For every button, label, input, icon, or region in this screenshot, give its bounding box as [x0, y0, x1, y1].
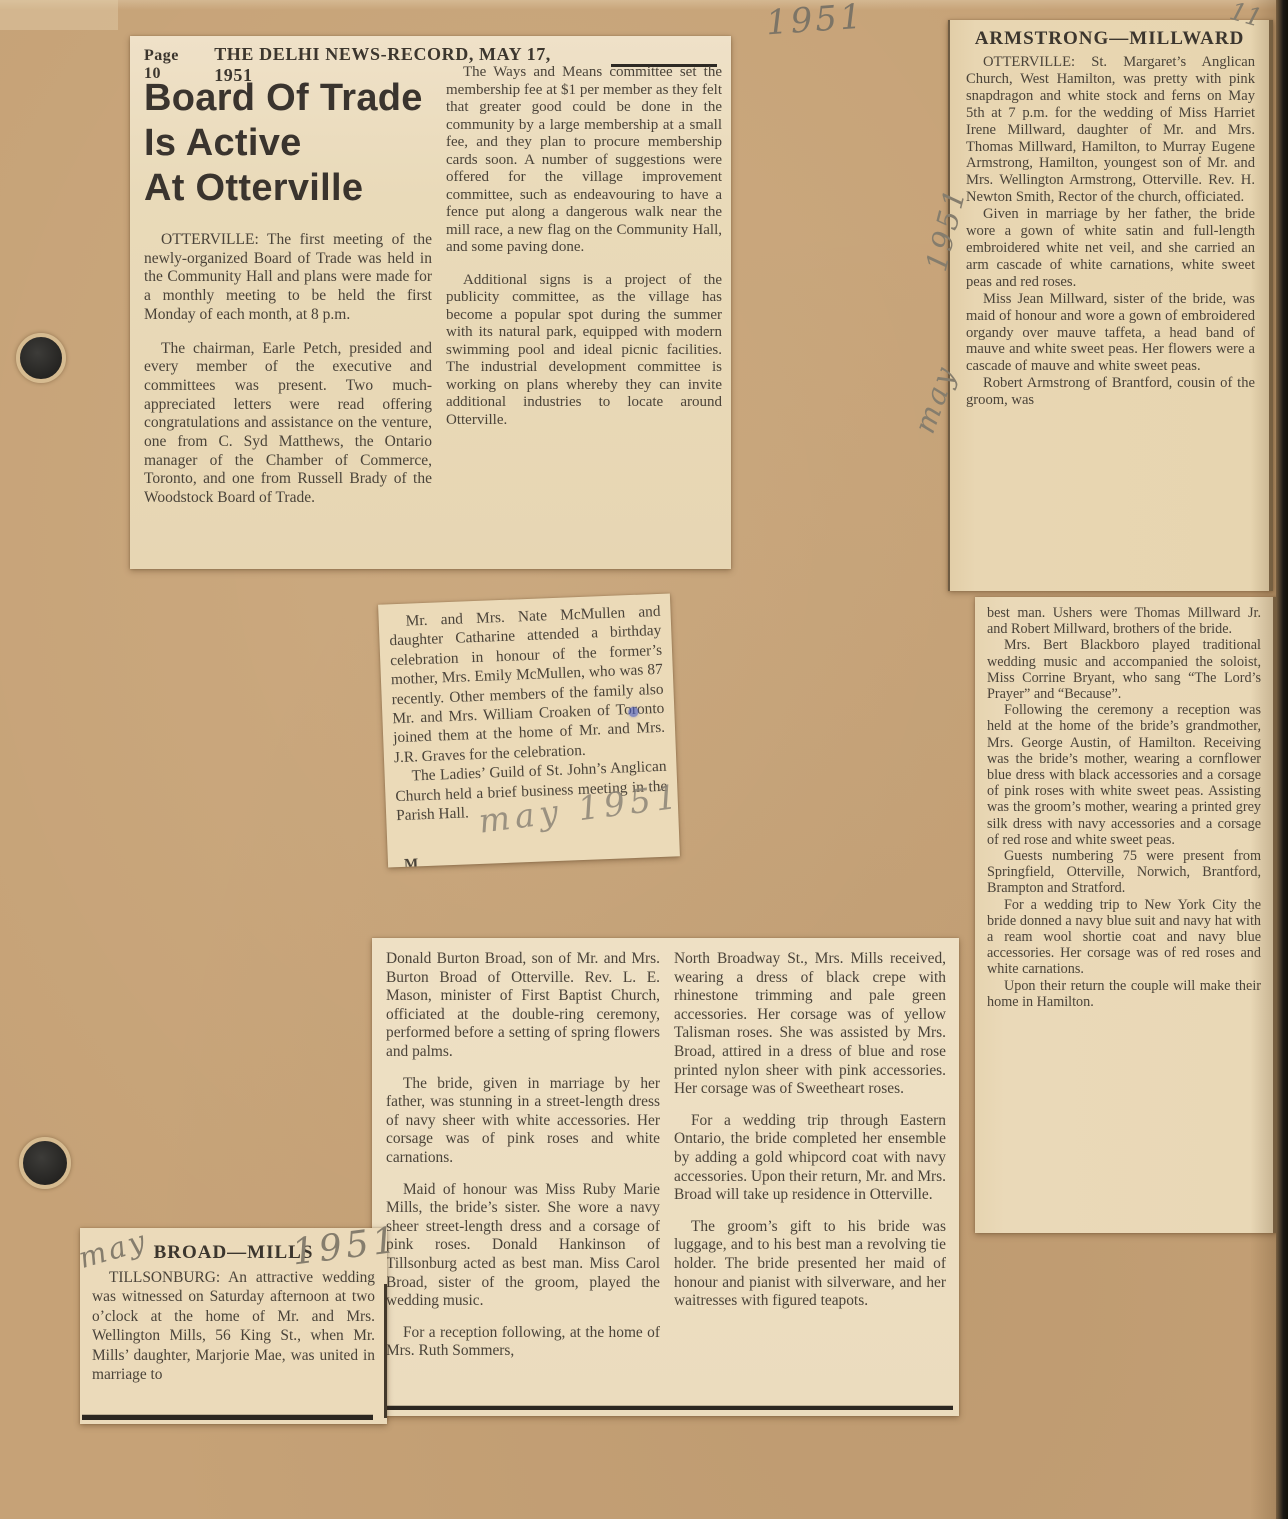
clipping-torn-edge [384, 1284, 387, 1418]
hole-punch-bottom [19, 1137, 71, 1189]
headline-line: At Otterville [144, 167, 363, 209]
paragraph: Miss Jean Millward, sister of the bride,… [966, 291, 1255, 376]
paragraph: For a wedding trip through Eastern Ontar… [674, 1112, 946, 1205]
paragraph: Additional signs is a project of the pub… [446, 272, 722, 430]
headline-line: Is Active [144, 122, 302, 164]
paragraph: The Ways and Means committee set the mem… [446, 64, 722, 257]
article-column-left: Board Of Trade Is Active At Otterville O… [144, 76, 432, 523]
paragraph: TILLSONBURG: An attractive wedding was w… [92, 1268, 375, 1384]
cut-off-text-fragment: M [404, 856, 419, 867]
article-column-left: Donald Burton Broad, son of Mr. and Mrs.… [386, 950, 660, 1374]
headline-line: Board Of Trade [144, 77, 423, 119]
article-headline: ARMSTRONG—MILLWARD [950, 28, 1269, 50]
scrapbook-page: 1951 11 1951 may may 1951 Page 10 THE DE… [0, 0, 1288, 1519]
hole-punch-top [16, 333, 66, 383]
paragraph: The bride, given in marriage by her fath… [386, 1075, 660, 1168]
paragraph: Mrs. Bert Blackboro played traditional w… [987, 637, 1261, 702]
column-bottom-rule [376, 1406, 953, 1410]
clipping-armstrong-millward: ARMSTRONG—MILLWARD OTTERVILLE: St. Marga… [948, 20, 1273, 591]
paragraph: Given in marriage by her father, the bri… [966, 206, 1255, 291]
paragraph: Mr. and Mrs. Nate McMullen and daughter … [388, 602, 666, 768]
paragraph: The groom’s gift to his bride was luggag… [674, 1218, 946, 1311]
paragraph: best man. Ushers were Thomas Millward Jr… [987, 605, 1261, 637]
paragraph: The chairman, Earle Petch, presided and … [144, 340, 432, 508]
article-column-right: The Ways and Means committee set the mem… [446, 64, 722, 444]
paragraph: Guests numbering 75 were present from Sp… [987, 848, 1261, 897]
paragraph: Donald Burton Broad, son of Mr. and Mrs.… [386, 950, 660, 1062]
paragraph: Upon their return the couple will make t… [987, 978, 1261, 1010]
column-bottom-rule [82, 1415, 373, 1420]
article-headline: Board Of Trade Is Active At Otterville [144, 76, 432, 211]
paper-corner-patch [0, 0, 118, 30]
paragraph: For a wedding trip to New York City the … [987, 897, 1261, 978]
clipping-mcmullen: Mr. and Mrs. Nate McMullen and daughter … [378, 593, 680, 867]
page-edge-shading [1250, 0, 1276, 1519]
paragraph: North Broadway St., Mrs. Mills received,… [674, 950, 946, 1099]
paragraph: OTTERVILLE: St. Margaret’s Anglican Chur… [966, 54, 1255, 206]
paragraph: For a reception following, at the home o… [386, 1324, 660, 1361]
handwritten-year-top: 1951 [765, 0, 866, 43]
article-body: OTTERVILLE: St. Margaret’s Anglican Chur… [950, 54, 1269, 409]
paragraph: OTTERVILLE: The first meeting of the new… [144, 231, 432, 325]
page-right-edge [1276, 0, 1288, 1519]
paragraph: Robert Armstrong of Brantford, cousin of… [966, 375, 1255, 409]
clipping-armstrong-continuation: best man. Ushers were Thomas Millward Jr… [975, 597, 1277, 1233]
paragraph: Maid of honour was Miss Ruby Marie Mills… [386, 1181, 660, 1311]
clipping-broad-wedding: Donald Burton Broad, son of Mr. and Mrs.… [372, 938, 959, 1416]
article-column-right: North Broadway St., Mrs. Mills received,… [674, 950, 946, 1324]
paragraph: Following the ceremony a reception was h… [987, 702, 1261, 848]
clipping-board-of-trade: Page 10 THE DELHI NEWS-RECORD, MAY 17, 1… [130, 36, 731, 569]
